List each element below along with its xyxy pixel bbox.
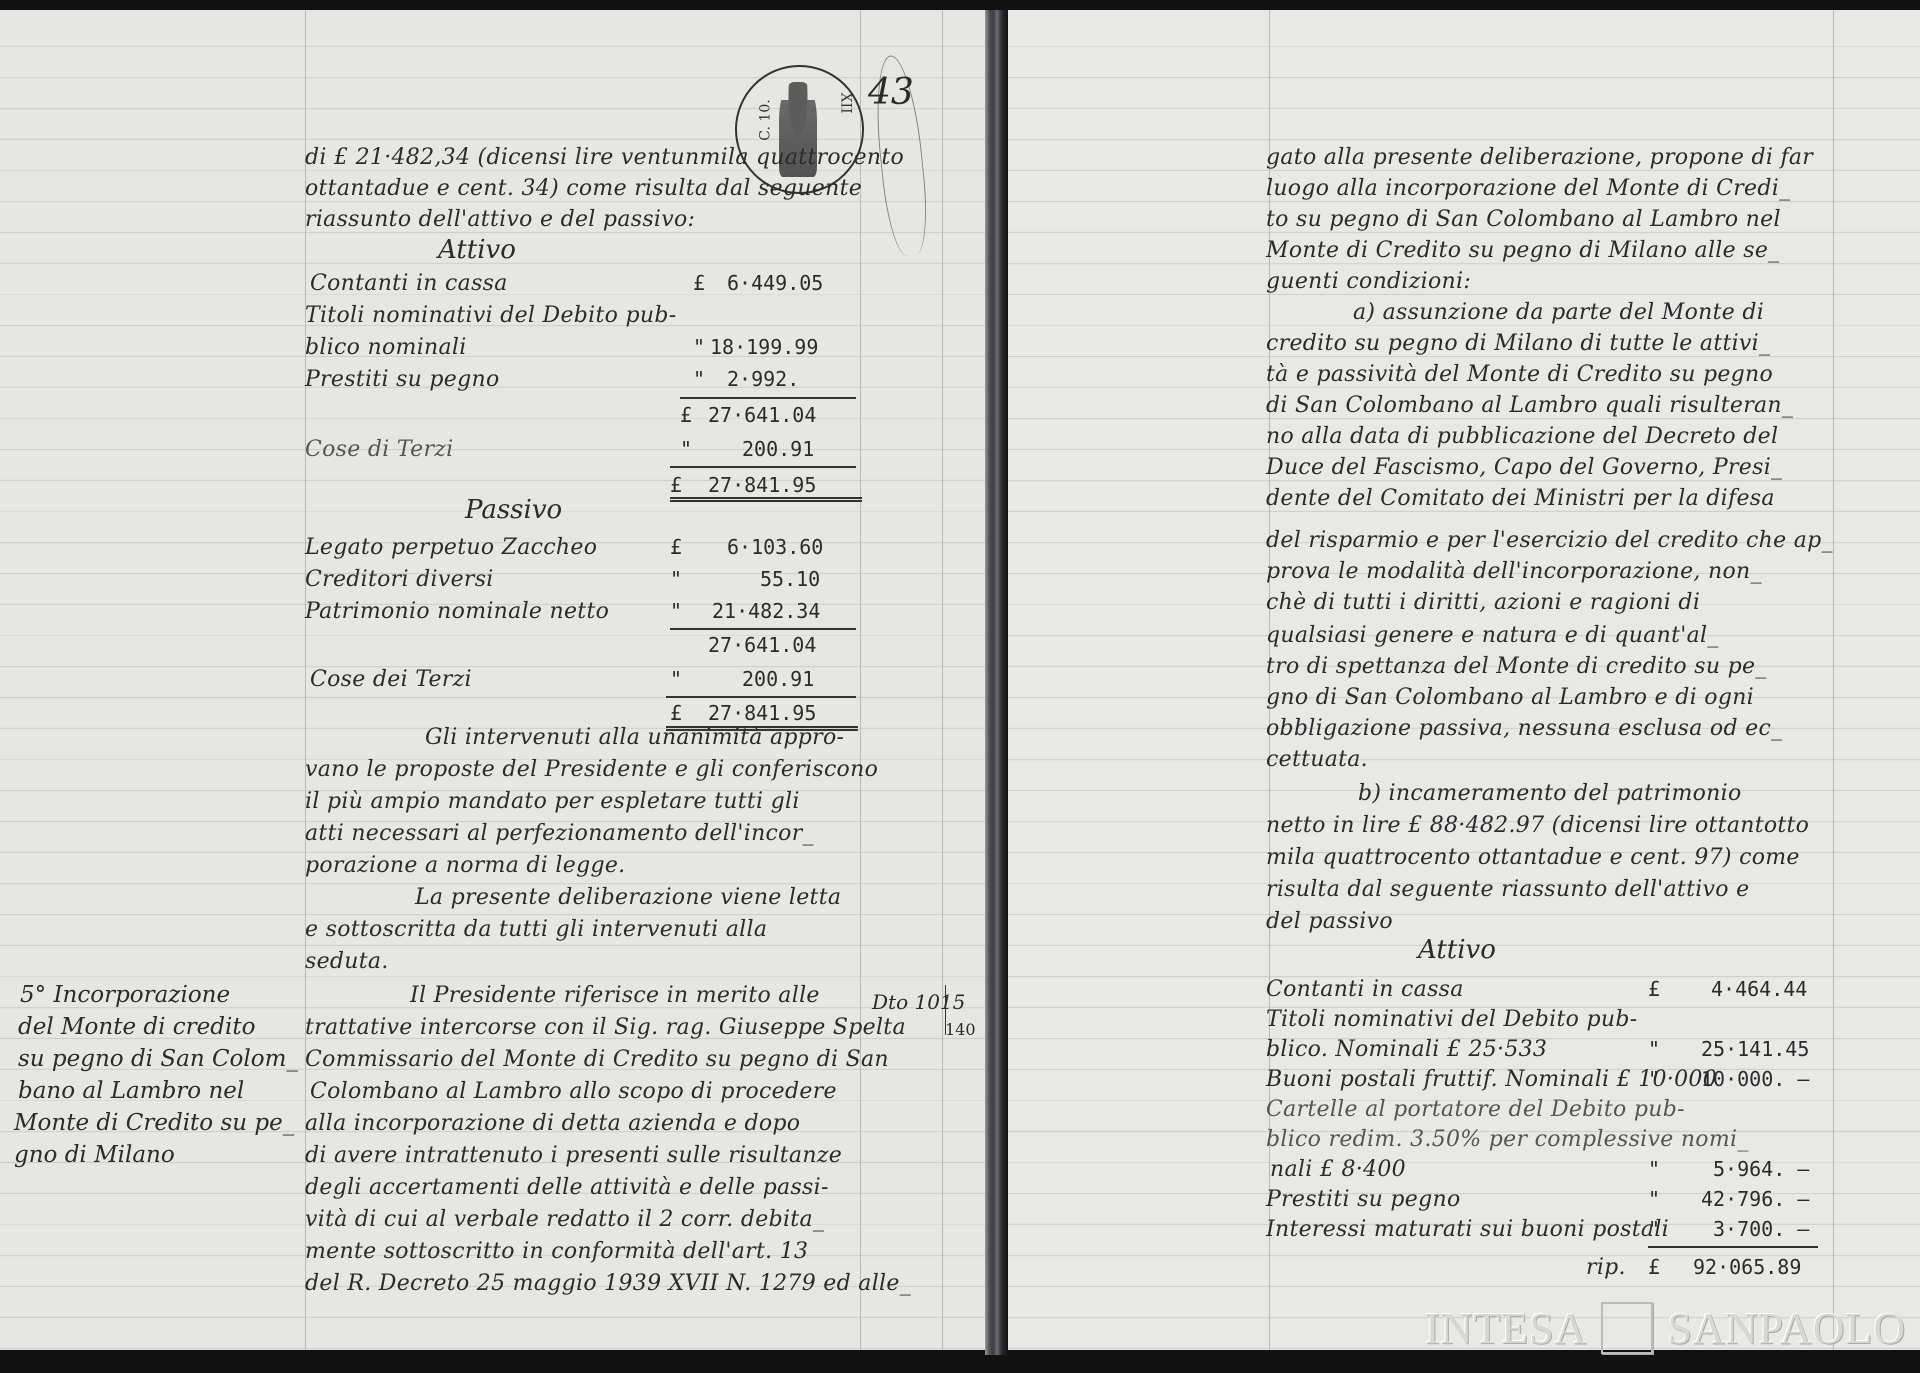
body-line: prova le modalità dell'incorporazione, n…	[1266, 556, 1762, 587]
body-line: mila quattrocento ottantadue e cent. 97)…	[1266, 842, 1800, 873]
attivo-heading: Attivo	[1418, 935, 1496, 965]
body-line: no alla data di pubblicazione del Decret…	[1266, 421, 1778, 452]
stamp-left-text: C. 10.	[758, 99, 774, 140]
subtotal-rule	[680, 397, 856, 399]
attivo-label: Contanti in cassa	[1266, 974, 1464, 1005]
intesa-sanpaolo-logo-icon	[1601, 1302, 1653, 1354]
body-line: del risparmio e per l'esercizio del cred…	[1266, 525, 1833, 556]
intesa-sanpaolo-watermark: INTESA SANPAOLO	[1425, 1302, 1906, 1354]
passivo-amount: 200.91	[742, 664, 814, 695]
body-line: Il Presidente riferisce in merito alle	[410, 980, 820, 1011]
body-line: gato alla presente deliberazione, propon…	[1266, 142, 1813, 173]
attivo-label: Titoli nominativi del Debito pub-	[305, 300, 676, 331]
attivo-currency: "	[1648, 1154, 1660, 1185]
passivo-currency: "	[670, 664, 682, 695]
passivo-label: Patrimonio nominale netto	[305, 596, 609, 627]
body-line: vano le proposte del Presidente e gli co…	[305, 754, 878, 785]
body-line: del passivo	[1266, 906, 1393, 937]
carry-forward-amount: 92·065.89	[1693, 1252, 1801, 1283]
margin-title-line: 5° Incorporazione	[20, 980, 230, 1011]
passivo-amount: 6·103.60	[727, 532, 823, 563]
margin-title-line: su pegno di San Colom_	[18, 1044, 298, 1075]
body-line: credito su pegno di Milano di tutte le a…	[1266, 328, 1770, 359]
body-line: mente sottoscritto in conformità dell'ar…	[305, 1236, 808, 1267]
body-line: del R. Decreto 25 maggio 1939 XVII N. 12…	[305, 1268, 911, 1299]
carry-forward-label: rip.	[1586, 1252, 1626, 1283]
attivo-label: Contanti in cassa	[310, 268, 508, 299]
passivo-amount: 55.10	[760, 564, 820, 595]
passivo-currency: "	[670, 564, 682, 595]
intro-line: riassunto dell'attivo e del passivo:	[305, 204, 695, 235]
attivo-label: Prestiti su pegno	[305, 364, 500, 395]
attivo-label: Interessi maturati sui buoni postali	[1266, 1214, 1669, 1245]
passivo-currency: £	[670, 532, 682, 563]
watermark-right-text: SANPAOLO	[1667, 1303, 1906, 1354]
body-line: netto in lire £ 88·482.97 (dicensi lire …	[1266, 810, 1809, 841]
attivo-currency: "	[693, 364, 705, 395]
attivo-currency: "	[1648, 1184, 1660, 1215]
attivo-label: Cose di Terzi	[305, 434, 454, 465]
passivo-heading: Passivo	[465, 495, 562, 525]
body-line: degli accertamenti delle attività e dell…	[305, 1172, 829, 1203]
attivo-label: blico nominali	[305, 332, 467, 363]
body-line: seduta.	[305, 946, 389, 977]
attivo-currency: £	[1648, 974, 1660, 1005]
body-line: to su pegno di San Colombano al Lambro n…	[1266, 204, 1781, 235]
attivo-amount: 3·700. –	[1713, 1214, 1809, 1245]
body-line: risulta dal seguente riassunto dell'atti…	[1266, 874, 1749, 905]
passivo-amount: 21·482.34	[712, 596, 820, 627]
attivo-label: blico redim. 3.50% per complessive nomi_	[1266, 1124, 1749, 1155]
body-line: qualsiasi genere e natura e di quant'al_	[1266, 620, 1719, 651]
attivo-amount: 5·964. –	[1713, 1154, 1809, 1185]
attivo-label: Prestiti su pegno	[1266, 1184, 1461, 1215]
body-line: atti necessari al perfezionamento dell'i…	[305, 818, 814, 849]
body-line: chè di tutti i diritti, azioni e ragioni…	[1266, 587, 1700, 618]
right-margin-rule	[1833, 10, 1834, 1350]
passivo-label: Legato perpetuo Zaccheo	[305, 532, 597, 563]
passivo-label: Cose dei Terzi	[310, 664, 472, 695]
body-line: b) incameramento del patrimonio	[1358, 778, 1742, 809]
passivo-currency: "	[670, 596, 682, 627]
attivo-heading: Attivo	[438, 235, 516, 265]
total-rule	[670, 466, 856, 468]
intro-line: ottantadue e cent. 34) come risulta dal …	[305, 173, 862, 204]
right-margin-rule	[860, 10, 861, 1350]
attivo-amount: 10·000. –	[1701, 1064, 1809, 1095]
body-line: di San Colombano al Lambro quali risulte…	[1266, 390, 1793, 421]
page-number: 43	[868, 72, 914, 113]
body-line: vità di cui al verbale redatto il 2 corr…	[305, 1204, 824, 1235]
margin-title-line: gno di Milano	[14, 1140, 175, 1171]
attivo-amount: 4·464.44	[1711, 974, 1807, 1005]
attivo-amount: 42·796. –	[1701, 1184, 1809, 1215]
body-line: tà e passività del Monte di Credito su p…	[1266, 359, 1773, 390]
attivo-label: Titoli nominativi del Debito pub-	[1266, 1004, 1637, 1035]
body-line: obbligazione passiva, nessuna esclusa od…	[1266, 713, 1782, 744]
attivo-amount: 6·449.05	[727, 268, 823, 299]
body-line: tro di spettanza del Monte di credito su…	[1266, 651, 1767, 682]
attivo-currency: "	[1648, 1034, 1660, 1065]
body-line: e sottoscritta da tutti gli intervenuti …	[305, 914, 767, 945]
attivo-amount: 2·992.	[727, 364, 799, 395]
reference-column-rule	[942, 10, 943, 1350]
body-line: Colombano al Lambro allo scopo di proced…	[310, 1076, 837, 1107]
body-line: trattative intercorse con il Sig. rag. G…	[305, 1012, 906, 1043]
body-line: Gli intervenuti alla unanimità appro-	[425, 722, 844, 753]
attivo-amount: 25·141.45	[1701, 1034, 1809, 1065]
passivo-label: Creditori diversi	[305, 564, 494, 595]
attivo-currency: "	[693, 332, 705, 363]
decree-reference: Dto 1015	[872, 990, 965, 1014]
attivo-amount: 200.91	[742, 434, 814, 465]
attivo-label: Cartelle al portatore del Debito pub-	[1266, 1094, 1685, 1125]
total-rule	[1648, 1246, 1818, 1248]
body-line: Commissario del Monte di Credito su pegn…	[305, 1044, 889, 1075]
attivo-currency: £	[693, 268, 705, 299]
watermark-left-text: INTESA	[1425, 1303, 1587, 1354]
decree-reference-sub: 140	[945, 1020, 976, 1039]
attivo-currency: £	[680, 400, 692, 431]
body-line: il più ampio mandato per espletare tutti…	[305, 786, 800, 817]
body-line: guenti condizioni:	[1266, 266, 1471, 297]
body-line: cettuata.	[1266, 744, 1368, 775]
attivo-currency: "	[1648, 1214, 1660, 1245]
passivo-subtotal: 27·641.04	[708, 630, 816, 661]
margin-title-line: del Monte di credito	[18, 1012, 255, 1043]
attivo-label: nali £ 8·400	[1270, 1154, 1406, 1185]
attivo-subtotal: 27·641.04	[708, 400, 816, 431]
body-line: alla incorporazione di detta azienda e d…	[305, 1108, 800, 1139]
body-line: porazione a norma di legge.	[305, 850, 625, 881]
total-double-rule	[670, 497, 862, 502]
body-line: a) assunzione da parte del Monte di	[1353, 297, 1764, 328]
body-line: luogo alla incorporazione del Monte di C…	[1266, 173, 1790, 204]
body-line: Monte di Credito su pegno di Milano alle…	[1266, 235, 1779, 266]
attivo-label: blico. Nominali £ 25·533	[1266, 1034, 1547, 1065]
margin-title-line: bano al Lambro nel	[18, 1076, 244, 1107]
attivo-currency: "	[1648, 1064, 1660, 1095]
body-line: di avere intrattenuto i presenti sulle r…	[305, 1140, 842, 1171]
intro-line: di £ 21·482,34 (dicensi lire ventunmila …	[305, 142, 904, 173]
left-ledger-page: C. 10. XII 43 di £ 21·482,34 (dicensi li…	[0, 10, 985, 1350]
body-line: La presente deliberazione viene letta	[415, 882, 841, 913]
attivo-currency: "	[680, 434, 692, 465]
attivo-amount: 18·199.99	[710, 332, 818, 363]
body-line: dente del Comitato dei Ministri per la d…	[1266, 483, 1775, 514]
right-ledger-page: gato alla presente deliberazione, propon…	[1008, 10, 1920, 1350]
book-spine-gutter	[985, 10, 1008, 1355]
body-line: gno di San Colombano al Lambro e di ogni	[1266, 682, 1754, 713]
margin-title-line: Monte di Credito su pe_	[14, 1108, 294, 1139]
body-line: Duce del Fascismo, Capo del Governo, Pre…	[1266, 452, 1782, 483]
carry-forward-currency: £	[1648, 1252, 1660, 1283]
stamp-right-text: XII	[837, 92, 853, 113]
